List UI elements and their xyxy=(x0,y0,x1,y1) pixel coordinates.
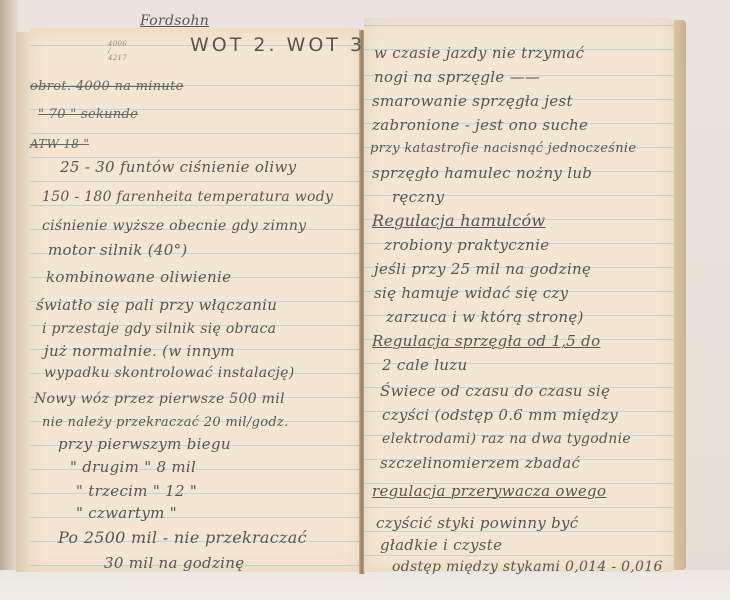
note-line: i przestaje gdy silnik się obraca xyxy=(42,322,276,336)
note-line: przy pierwszym biegu xyxy=(58,437,231,452)
note-line: " trzecim " 12 " xyxy=(76,484,197,499)
note-line: nie należy przekraczać 20 mil/godz. xyxy=(42,416,289,429)
note-line: już normalnie. (w innym xyxy=(44,344,235,359)
note-line: przy katastrofie nacisnąć jednocześnie xyxy=(370,142,636,155)
note-line: 25 - 30 funtów ciśnienie oliwy xyxy=(60,160,296,175)
note-line: szczelinomierzem zbadać xyxy=(380,456,580,471)
section-heading-clutch: Regulacja sprzęgła od 1,5 do xyxy=(372,334,600,349)
note-line: światło się pali przy włączaniu xyxy=(36,298,277,313)
note-line: smarowanie sprzęgła jest xyxy=(372,94,573,109)
note-line: gładkie i czyste xyxy=(380,538,502,553)
note-line: Po 2500 mil - nie przekraczać xyxy=(58,530,307,546)
note-line: motor silnik (40°) xyxy=(48,243,188,258)
note-line: jeśli przy 25 mil na godzinę xyxy=(374,262,591,277)
note-line: 150 - 180 farenheita temperatura wody xyxy=(42,190,333,204)
struck-line: obrot. 4000 na minute xyxy=(30,80,184,93)
note-line: czyścić styki powinny być xyxy=(376,516,579,531)
note-line: wypadku skontrolować instalację) xyxy=(44,366,295,380)
note-line: się hamuje widać się czy xyxy=(374,286,568,301)
note-line: ciśnienie wyższe obecnie gdy zimny xyxy=(42,219,306,233)
header-title: WOT 2. WOT 3 xyxy=(190,36,365,55)
note-line: Nowy wóz przez pierwsze 500 mil xyxy=(34,392,285,406)
note-line: czyści (odstęp 0.6 mm między xyxy=(382,408,618,423)
note-line: elektrodami) raz na dwa tygodnie xyxy=(382,432,631,446)
right-page-edge xyxy=(674,20,686,570)
struck-line: " 70 " sekunde xyxy=(38,108,138,121)
note-line: zabronione - jest ono suche xyxy=(372,118,588,133)
note-line: Świece od czasu do czasu się xyxy=(380,384,610,399)
section-heading-breaker: regulacja przerywacza owego xyxy=(372,484,606,499)
note-line: " drugim " 8 mil xyxy=(70,460,196,475)
note-line: odstęp między stykami 0,014 - 0,016 xyxy=(392,560,663,574)
note-line: zarzuca i w którą stronę) xyxy=(386,310,584,325)
note-line: w czasie jazdy nie trzymać xyxy=(374,46,584,61)
note-line: sprzęgło hamulec nożny lub xyxy=(372,166,592,181)
margin-note: 4006 / 4217 xyxy=(108,41,128,62)
header-name: Fordsohn xyxy=(140,14,209,28)
struck-line: ATW 18 " xyxy=(30,138,89,150)
note-line: " czwartym " xyxy=(76,506,177,521)
section-heading-brakes: Regulacja hamulców xyxy=(372,213,545,229)
note-line: ręczny xyxy=(392,190,444,205)
note-line: kombinowane oliwienie xyxy=(46,270,231,285)
note-line: nogi na sprzęgle —— xyxy=(374,70,540,85)
note-line: zrobiony praktycznie xyxy=(384,238,549,253)
note-line: 30 mil na godzinę xyxy=(104,556,244,571)
note-line: 2 cale luzu xyxy=(382,358,467,373)
